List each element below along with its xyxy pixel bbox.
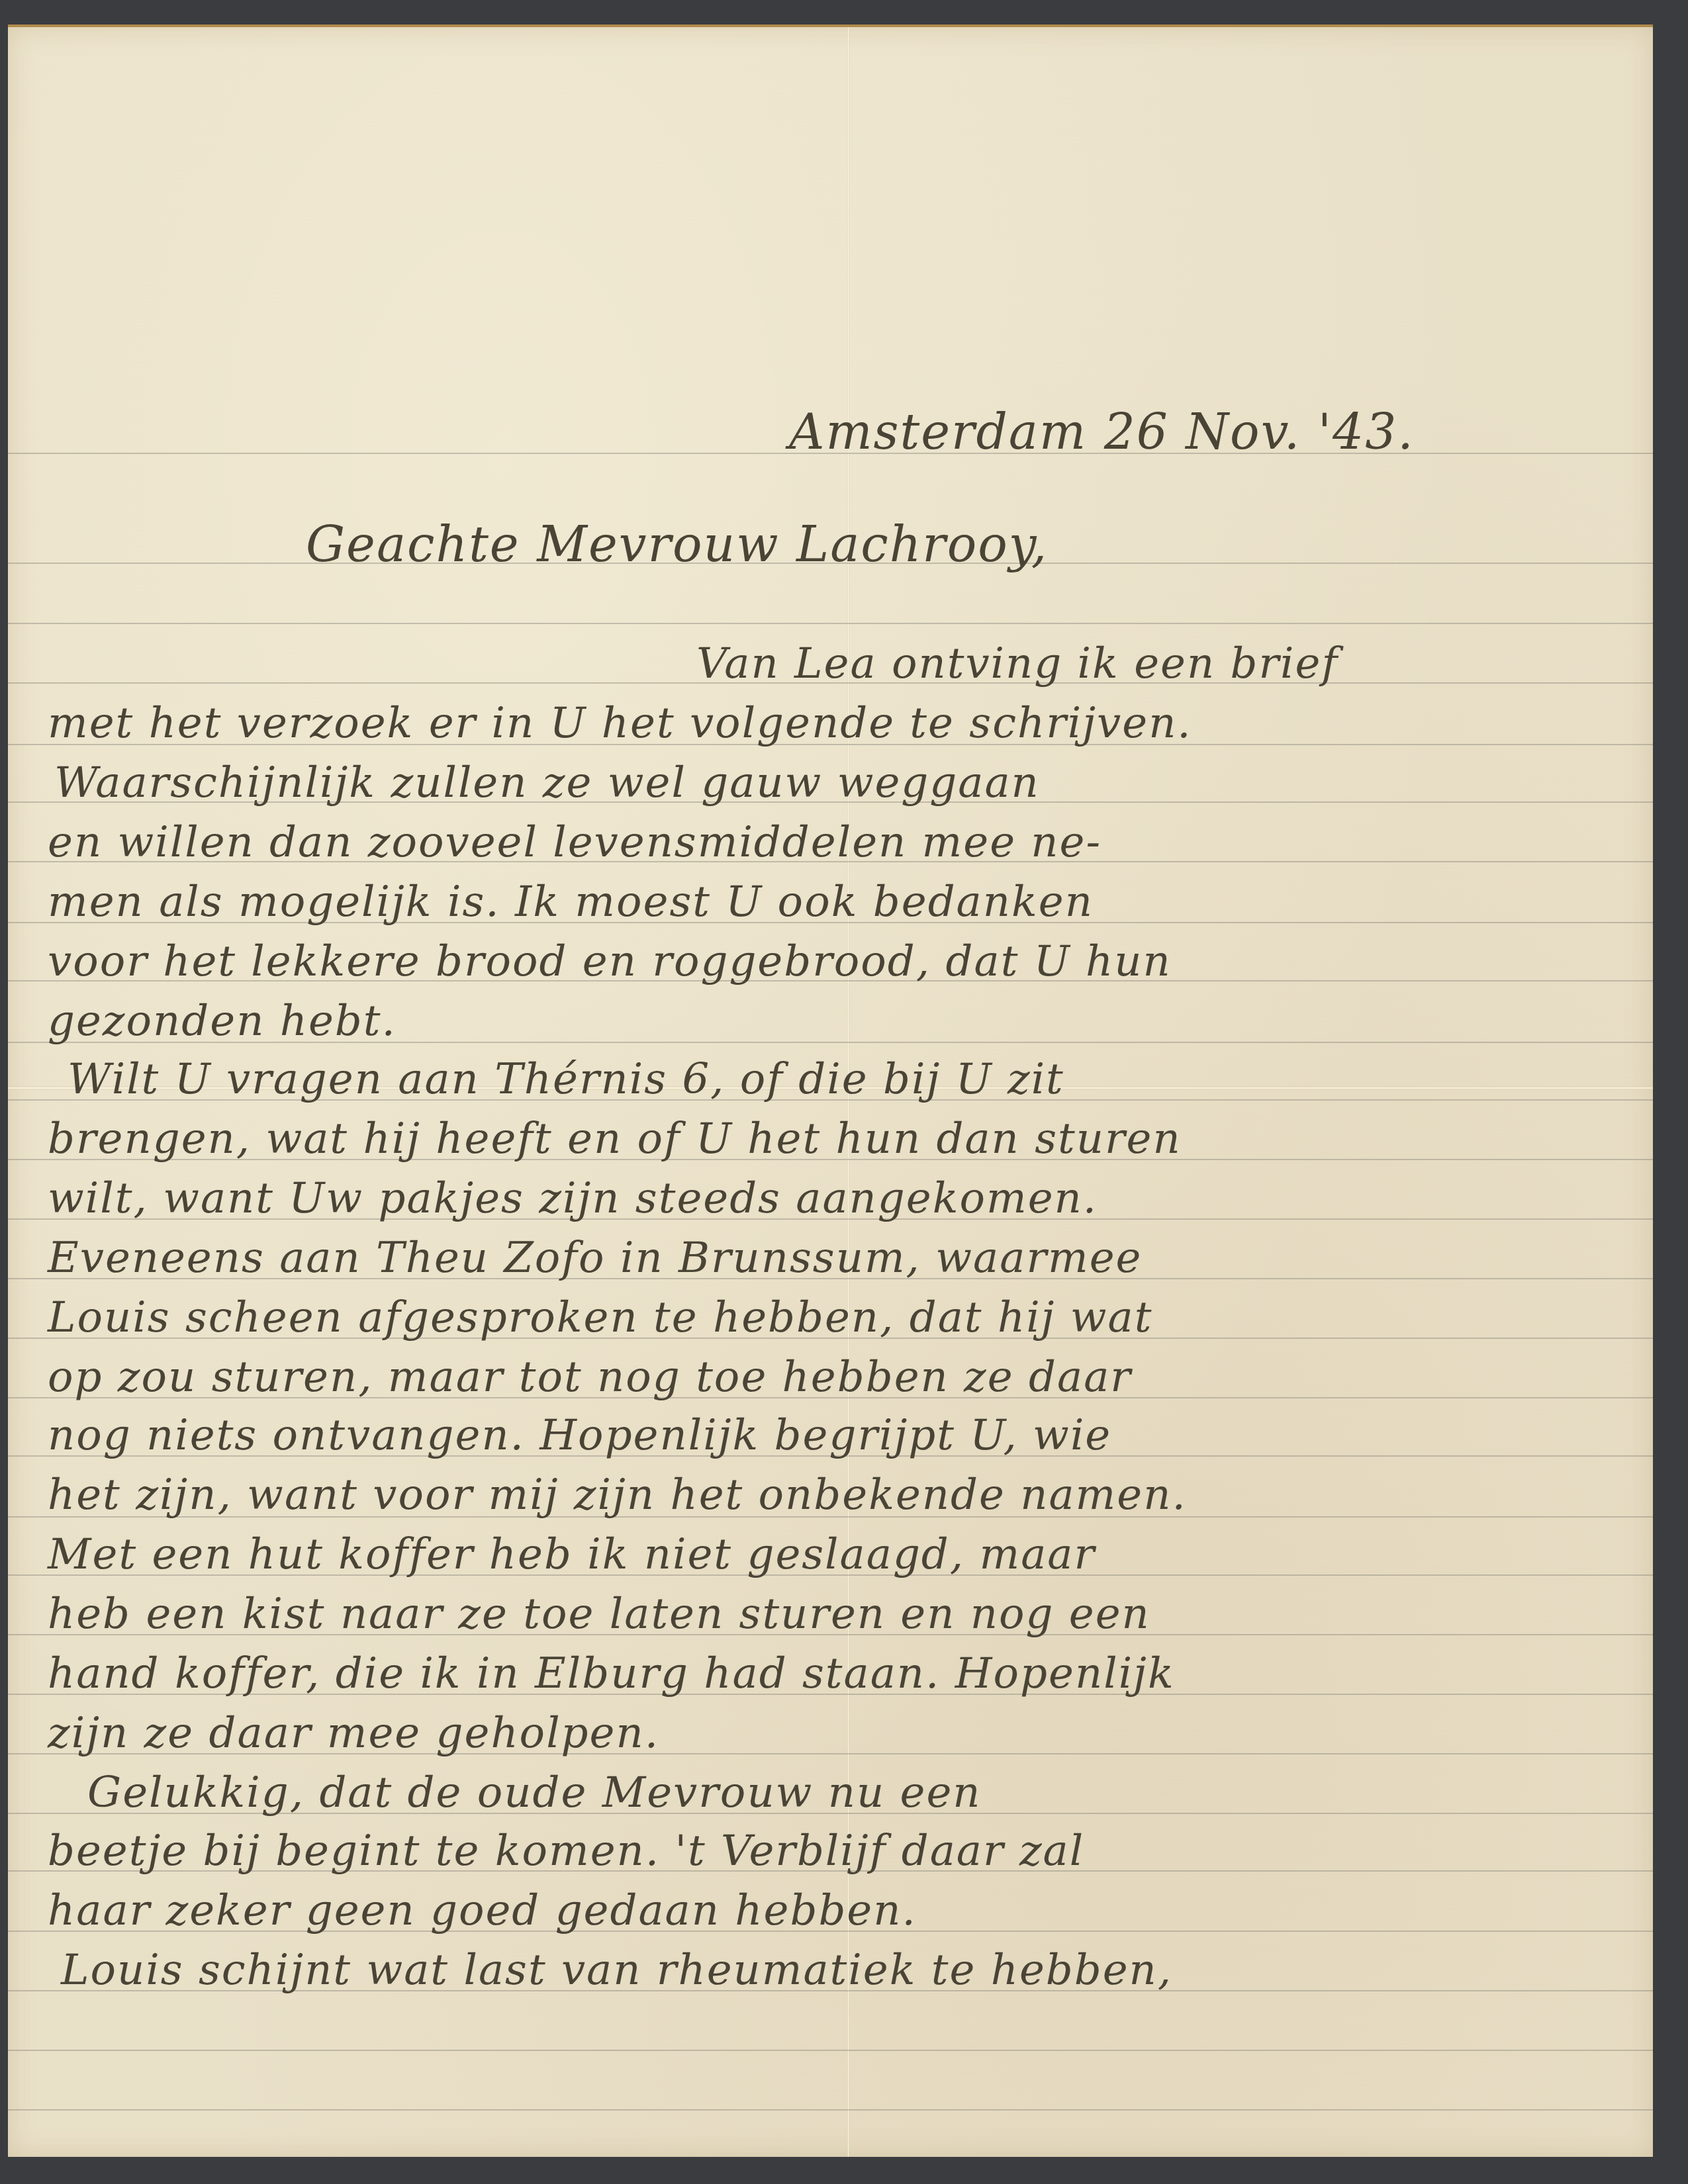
letter-line: Waarschijnlijk zullen ze wel gauw weggaa… (54, 762, 1040, 804)
letter-line: Met een hut koffer heb ik niet geslaagd,… (48, 1533, 1096, 1576)
ruled-line (8, 623, 1653, 624)
letter-line: men als mogelijk is. Ik moest U ook beda… (48, 881, 1094, 923)
letter-line: Van Lea ontving ik een brief (696, 643, 1338, 685)
letter-line: brengen, wat hij heeft en of U het hun d… (48, 1118, 1182, 1160)
letter-line: het zijn, want voor mij zijn het onbeken… (48, 1474, 1187, 1516)
ruled-line (8, 2109, 1653, 2111)
letter-line: hand koffer, die ik in Elburg had staan.… (48, 1653, 1175, 1695)
letter-line: beetje bij begint te komen. 't Verblijf … (48, 1830, 1084, 1872)
letter-line: Wilt U vragen aan Thérnis 6, of die bij … (68, 1058, 1064, 1101)
letter-line: nog niets ontvangen. Hopenlijk begrijpt … (48, 1414, 1111, 1457)
letter-line: zijn ze daar mee geholpen. (48, 1712, 659, 1754)
letter-page: Amsterdam 26 Nov. '43. Geachte Mevrouw L… (8, 24, 1653, 2157)
letter-line: haar zeker geen goed gedaan hebben. (48, 1889, 917, 1932)
letter-line: heb een kist naar ze toe laten sturen en… (48, 1593, 1150, 1635)
letter-line: Louis schijnt wat last van rheumatiek te… (61, 1949, 1172, 1991)
letter-line: op zou sturen, maar tot nog toe hebben z… (48, 1356, 1132, 1398)
letter-line: Eveneens aan Theu Zofo in Brunssum, waar… (48, 1237, 1142, 1279)
letter-line: Gelukkig, dat de oude Mevrouw nu een (87, 1772, 981, 1814)
letter-line: gezonden hebt. (48, 1000, 397, 1042)
letter-line: wilt, want Uw pakjes zijn steeds aangeko… (48, 1177, 1098, 1220)
ruled-line (8, 2050, 1653, 2051)
place-date: Amsterdam 26 Nov. '43. (789, 408, 1415, 457)
letter-line: voor het lekkere brood en roggebrood, da… (48, 940, 1172, 983)
salutation: Geachte Mevrouw Lachrooy, (306, 520, 1048, 569)
letter-line: en willen dan zooveel levensmiddelen mee… (48, 821, 1102, 864)
letter-line: Louis scheen afgesproken te hebben, dat … (48, 1297, 1152, 1339)
letter-line: met het verzoek er in U het volgende te … (48, 702, 1192, 745)
